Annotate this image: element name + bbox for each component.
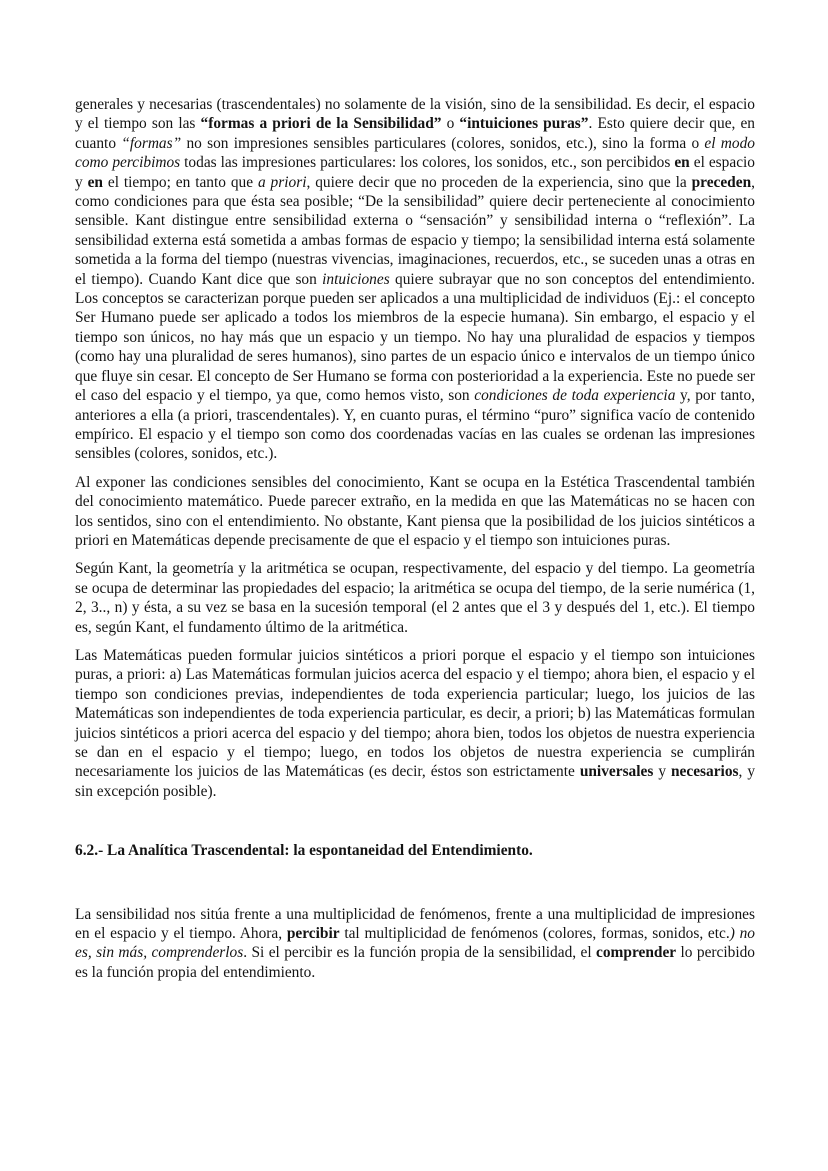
- text-run: y: [653, 763, 671, 780]
- paragraph-analitica-intro: La sensibilidad nos sitúa frente a una m…: [75, 905, 755, 983]
- paragraph-juicios-sinteticos: Las Matemáticas pueden formular juicios …: [75, 646, 755, 801]
- text-run: “formas a priori de la Sensibilidad”: [201, 115, 442, 132]
- text-run: en: [88, 174, 103, 191]
- text-run: comprender: [596, 944, 676, 961]
- text-run: Según Kant, la geometría y la aritmética…: [75, 560, 755, 635]
- text-run: quiere subrayar que no son conceptos del…: [75, 271, 755, 404]
- document-page: generales y necesarias (trascendentales)…: [0, 0, 828, 1171]
- paragraph-formas-a-priori: generales y necesarias (trascendentales)…: [75, 95, 755, 464]
- text-run: en: [674, 154, 689, 171]
- section-heading-6-2: 6.2.- La Analítica Trascendental: la esp…: [75, 841, 755, 860]
- text-run: “formas”: [121, 135, 181, 152]
- text-run: Las Matemáticas pueden formular juicios …: [75, 647, 755, 780]
- paragraph-estetica-matematicas: Al exponer las condiciones sensibles del…: [75, 473, 755, 551]
- paragraph-geometria-aritmetica: Según Kant, la geometría y la aritmética…: [75, 559, 755, 637]
- text-run: a priori: [258, 174, 307, 191]
- text-run: . Si el percibir es la función propia de…: [243, 944, 596, 961]
- text-run: universales: [580, 763, 654, 780]
- text-run: el tiempo; en tanto que: [103, 174, 258, 191]
- text-run: tal multiplicidad de fenómenos (colores,…: [340, 925, 730, 942]
- text-run: “intuiciones puras”: [459, 115, 588, 132]
- text-run: no son impresiones sensibles particulare…: [181, 135, 704, 152]
- text-run: preceden: [692, 174, 752, 191]
- text-run: o: [442, 115, 460, 132]
- text-run: todas las impresiones particulares: los …: [180, 154, 674, 171]
- text-run: intuiciones: [322, 271, 390, 288]
- text-run: , quiere decir que no proceden de la exp…: [306, 174, 691, 191]
- text-run: Al exponer las condiciones sensibles del…: [75, 474, 755, 549]
- text-run: necesarios: [671, 763, 739, 780]
- text-run: condiciones de toda experiencia: [474, 387, 675, 404]
- text-run: percibir: [287, 925, 340, 942]
